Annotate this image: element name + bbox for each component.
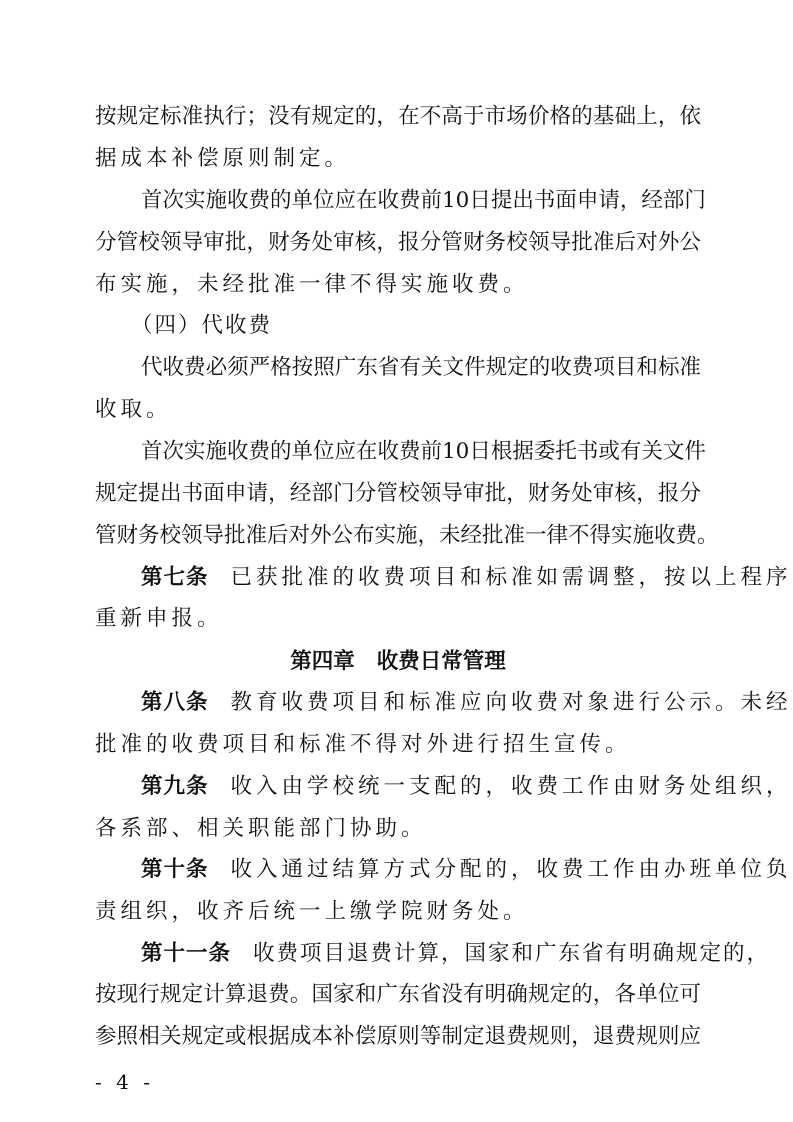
paragraph-line: 参照相关规定或根据成本补偿原则等制定退费规则，退费规则应 — [95, 1022, 701, 1052]
article-7: 第七条已获批准的收费项目和标准如需调整，按以上程序 — [95, 563, 701, 593]
article-text: 教育收费项目和标准应向收费对象进行公示。未经 — [231, 690, 792, 715]
article-10: 第十条收入通过结算方式分配的，收费工作由办班单位负 — [95, 855, 701, 885]
paragraph-line: 批准的收费项目和标准不得对外进行招生宣传。 — [95, 730, 701, 760]
paragraph-line: 分管校领导审批，财务处审核，报分管财务校领导批准后对外公 — [95, 228, 701, 258]
chapter-number: 第四章 — [290, 649, 355, 674]
article-label: 第十一条 — [141, 941, 231, 966]
paragraph-line: 规定提出书面申请，经部门分管校领导审批，财务处审核，报分 — [95, 479, 701, 509]
paragraph-line: 按现行规定计算退费。国家和广东省没有明确规定的，各单位可 — [95, 980, 701, 1010]
article-text: 收入由学校统一支配的，收费工作由财务处组织， — [231, 774, 792, 799]
chapter-heading: 第四章收费日常管理 — [95, 647, 701, 677]
paragraph-line: 重新申报。 — [95, 604, 701, 634]
article-text: 收入通过结算方式分配的，收费工作由办班单位负 — [231, 857, 792, 882]
article-label: 第九条 — [141, 774, 209, 799]
paragraph-line: 各系部、相关职能部门协助。 — [95, 814, 701, 844]
paragraph-line: 按规定标准执行；没有规定的，在不高于市场价格的基础上，依 — [95, 102, 701, 132]
paragraph-line: 首次实施收费的单位应在收费前10日提出书面申请，经部门 — [95, 186, 701, 216]
paragraph-line: 首次实施收费的单位应在收费前10日根据委托书或有关文件 — [95, 437, 701, 467]
paragraph-line: 据成本补偿原则制定。 — [95, 144, 701, 174]
article-text: 收费项目退费计算，国家和广东省有明确规定的， — [253, 941, 770, 966]
paragraph-line: 责组织，收齐后统一上缴学院财务处。 — [95, 897, 701, 927]
article-label: 第十条 — [141, 857, 209, 882]
article-8: 第八条教育收费项目和标准应向收费对象进行公示。未经 — [95, 688, 701, 718]
chapter-title: 收费日常管理 — [377, 649, 506, 674]
article-label: 第八条 — [141, 690, 209, 715]
paragraph-line: 管财务校领导批准后对外公布实施，未经批准一律不得实施收费。 — [95, 521, 701, 551]
article-label: 第七条 — [141, 565, 209, 590]
paragraph-line: 收取。 — [95, 395, 701, 425]
paragraph-line: 布实施，未经批准一律不得实施收费。 — [95, 270, 701, 300]
page-number: - 4 - — [95, 1070, 154, 1094]
article-text: 已获批准的收费项目和标准如需调整，按以上程序 — [231, 565, 792, 590]
paragraph-line: 代收费必须严格按照广东省有关文件规定的收费项目和标准 — [95, 353, 701, 383]
article-9: 第九条收入由学校统一支配的，收费工作由财务处组织， — [95, 772, 701, 802]
article-11: 第十一条收费项目退费计算，国家和广东省有明确规定的， — [95, 939, 701, 969]
section-subheading: （四）代收费 — [95, 311, 701, 341]
